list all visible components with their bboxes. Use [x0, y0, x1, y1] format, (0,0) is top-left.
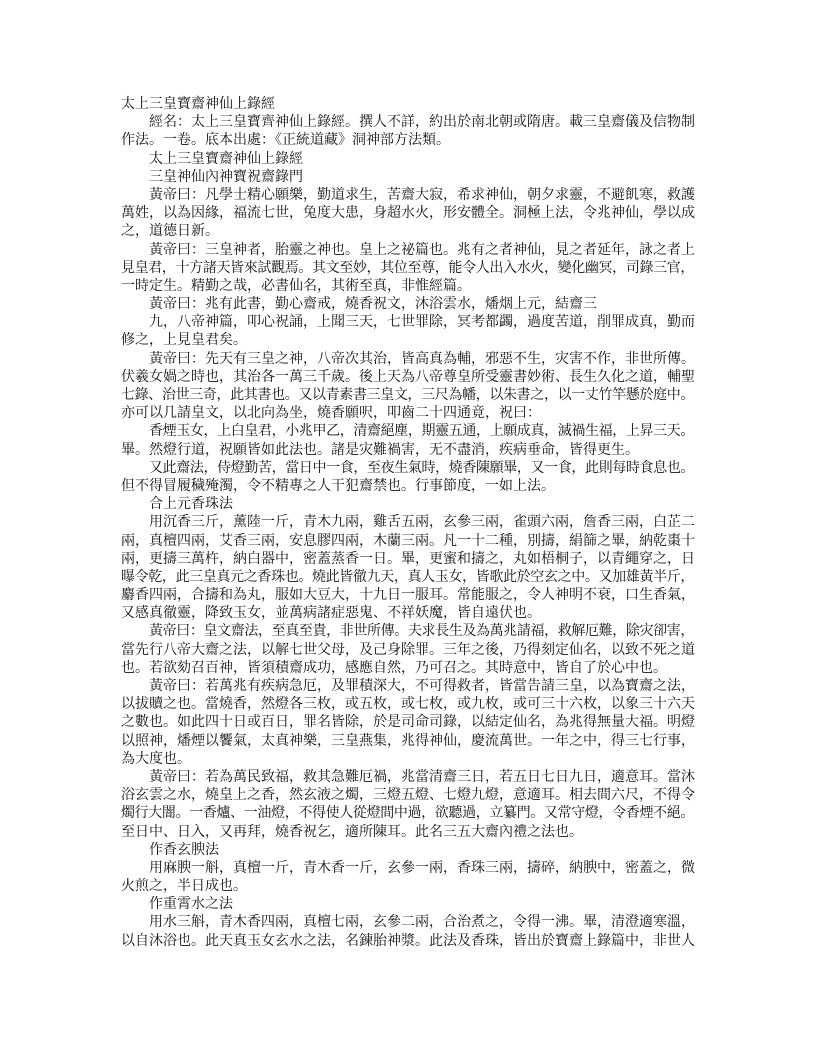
- section-xuanyu-fa: 作香玄腴法 用麻腴一斛，真檀一斤，青木香一斤，玄參一兩，香珠三兩，擣碎，納腴中，…: [121, 841, 694, 896]
- text-line: 曝令乾，此三皇真元之香珠也。燒此皆徹九天，真人玉女，皆歌此於空玄之中。又加雄黃半…: [121, 568, 694, 586]
- text-line: 以拔贖之也。當燒香，然燈各三枚，或五枚，或七枚，或九枚，或可三十六枚，以象三十六…: [121, 695, 694, 713]
- paragraph: 用麻腴一斛，真檀一斤，青木香一斤，玄參一兩，香珠三兩，擣碎，納腴中，密蓋之，微 …: [121, 859, 694, 895]
- text-line: 黃帝曰：凡學士精心願樂，勤道求生，苦齋大寂，希求神仙，朝夕求靈，不避飢寒，救護: [121, 186, 694, 204]
- text-line: 一時定生。精勤之哉，必書仙名，其術至真，非惟經篇。: [121, 277, 694, 295]
- text-line: 經名：太上三皇寶齊神仙上錄經。撰人不詳，約出於南北朝或隋唐。載三皇齋儀及信物制: [121, 113, 694, 131]
- scripture-heading: 太上三皇寶齋神仙上錄經: [121, 150, 694, 168]
- paragraph: 用水三斛，青木香四兩，真檀七兩，玄參二兩，合治煮之，令得一沸。畢，清澄適寒溫， …: [121, 913, 694, 949]
- text-line: 當先行八帝大齋之法，以解七世父母，及己身除罪。三年之後，乃得刻定仙名，以致不死之…: [121, 641, 694, 659]
- text-line: 黃帝曰：皇文齋法，至真至貴，非世所傳。夫求長生及為萬兆請福，救解厄難，除灾卻害，: [121, 622, 694, 640]
- paragraph: 黃帝曰：若為萬民致福，救其急難厄禍，兆當清齋三日，若五日七日九日，適意耳。當沐 …: [121, 768, 694, 841]
- text-line: 也。若欲劾召百神，皆須積齋成功，感應自然，乃可召之。其時意中，皆自了於心中也。: [121, 659, 694, 677]
- text-line: 畢。然燈行道，祝願皆如此法也。諸是灾難禍害，无不盡消，疾病垂命，皆得更生。: [121, 441, 694, 459]
- paragraph: 黃帝曰：先天有三皇之神，八帝次其治，皆高真為輔，邪惡不生，灾害不作，非世所傳。 …: [121, 350, 694, 423]
- text-line: 萬姓，以為因緣，福流七世，兔度大患，身超水火，形安體全。洞極上法，令兆神仙，學以…: [121, 204, 694, 222]
- paragraph: 黃帝曰：皇文齋法，至真至貴，非世所傳。夫求長生及為萬兆請福，救解厄難，除灾卻害，…: [121, 622, 694, 677]
- section-heading: 合上元香珠法: [121, 495, 694, 513]
- text-line: 以自沐浴也。此天真玉女玄水之法，名鍊胎神漿。此法及香珠，皆出於寶齋上錄篇中，非世…: [121, 932, 694, 950]
- paragraph: 又此齋法，侍燈勤苦，當日中一食，至夜生氣時，燒香陳願畢，又一食，此則每時食息也。…: [121, 459, 694, 495]
- text-line: 黃帝曰：兆有此書，勤心齋戒，燒香祝文，沐浴雲水，燔烟上元，結齋三: [121, 295, 694, 313]
- text-line: 用水三斛，青木香四兩，真檀七兩，玄參二兩，合治煮之，令得一沸。畢，清澄適寒溫，: [121, 913, 694, 931]
- text-line: 但不得冒履穢殗濁，令不精專之人干犯齋禁也。行事節度，一如上法。: [121, 477, 694, 495]
- text-line: 九，八帝神篇，叩心祝誦，上聞三天，七世罪除，冥考都蠲，過度苦道，削罪成真，勤而: [121, 313, 694, 331]
- text-line: 又此齋法，侍燈勤苦，當日中一食，至夜生氣時，燒香陳願畢，又一食，此則每時食息也。: [121, 459, 694, 477]
- text-line: 黃帝曰：若萬兆有疾病急厄，及罪積深大，不可得救者，皆當告請三皇，以為寶齋之法，: [121, 677, 694, 695]
- source-note: 經名：太上三皇寶齊神仙上錄經。撰人不詳，約出於南北朝或隋唐。載三皇齋儀及信物制 …: [121, 113, 694, 149]
- text-line: 黃帝曰：先天有三皇之神，八帝次其治，皆高真為輔，邪惡不生，灾害不作，非世所傳。: [121, 350, 694, 368]
- text-line: 燭行大闇。一香爐、一油燈，不得使人從燈間中過，欲聽過，立纂門。又常守燈，令香煙不…: [121, 804, 694, 822]
- paragraph: 黃帝曰：兆有此書，勤心齋戒，燒香祝文，沐浴雲水，燔烟上元，結齋三: [121, 295, 694, 313]
- text-line: 亦可以几請皇文，以北向為坐，燒香願呎，叩齒二十四通竟，祝曰：: [121, 404, 694, 422]
- text-line: 修之，上見皇君矣。: [121, 331, 694, 349]
- paragraph: 黃帝曰：凡學士精心願樂，勤道求生，苦齋大寂，希求神仙，朝夕求靈，不避飢寒，救護 …: [121, 186, 694, 241]
- section-heading: 作重霄水之法: [121, 895, 694, 913]
- text-line: 作法。一卷。底本出處：《正統道藏》洞神部方法類。: [121, 131, 694, 149]
- text-line: 麝香四兩，合擣和為丸，服如大豆大，十九日一服耳。常能服之，令人神明不衰，口生香氣…: [121, 586, 694, 604]
- paragraph: 黃帝曰：三皇神者，胎靈之神也。皇上之祕篇也。兆有之者神仙，見之者延年，詠之者上 …: [121, 241, 694, 296]
- text-line: 七錄、治世三奇，此其書也。又以青素書三皇文，三尺為幡，以朱書之，以一丈竹竿懸於庭…: [121, 386, 694, 404]
- section-heading: 三皇神仙內神寶祝齋錄門: [121, 168, 694, 186]
- text-line: 為大度也。: [121, 750, 694, 768]
- text-line: 黃帝曰：若為萬民致福，救其急難厄禍，兆當清齋三日，若五日七日九日，適意耳。當沐: [121, 768, 694, 786]
- section-heading: 作香玄腴法: [121, 841, 694, 859]
- document-title: 太上三皇寶齋神仙上錄經: [121, 95, 694, 113]
- section-xiangzhu-fa: 合上元香珠法 用沉香三斤，薰陸一斤，青木九兩，雞舌五兩，玄參三兩，雀頭六兩，詹香…: [121, 495, 694, 841]
- text-line: 伏羲女媧之時也，其治各一萬三千歲。後上天為八帝尊皇所受靈書妙術、長生久化之道，輔…: [121, 368, 694, 386]
- text-line: 兩，真檀四兩，艾香三兩，安息膠四兩，木蘭三兩。凡一十二種，別擣，絹篩之畢，納乾棗…: [121, 532, 694, 550]
- paragraph: 黃帝曰：若萬兆有疾病急厄，及罪積深大，不可得救者，皆當告請三皇，以為寶齋之法， …: [121, 677, 694, 768]
- text-line: 香煙玉女，上白皇君，小兆甲乙，清齋絕塵，期靈五通，上願成真，滅禍生福，上昇三天。: [121, 422, 694, 440]
- text-line: 用麻腴一斛，真檀一斤，青木香一斤，玄參一兩，香珠三兩，擣碎，納腴中，密蓋之，微: [121, 859, 694, 877]
- document-page: 太上三皇寶齋神仙上錄經 經名：太上三皇寶齊神仙上錄經。撰人不詳，約出於南北朝或隋…: [121, 95, 694, 950]
- text-line: 之數也。如此四十日或百日，罪名皆除，於是司命司錄，以結定仙名，為兆得無量大福。明…: [121, 713, 694, 731]
- text-line: 以照神，燔煙以饗氣，太真神樂，三皇燕集，兆得神仙，慶流萬世。一年之中，得三七行事…: [121, 732, 694, 750]
- paragraph: 九，八帝神篇，叩心祝誦，上聞三天，七世罪除，冥考都蠲，過度苦道，削罪成真，勤而 …: [121, 313, 694, 349]
- text-line: 浴玄雲之水，燒皇上之香，然玄液之燭，三燈五燈、七燈九燈，意適耳。相去間六尺，不得…: [121, 786, 694, 804]
- text-line: 又感真徹靈，降致玉女，並萬病諸症惡鬼、不祥妖魔，皆自遠伏也。: [121, 604, 694, 622]
- text-line: 火煎之，半日成也。: [121, 877, 694, 895]
- paragraph: 香煙玉女，上白皇君，小兆甲乙，清齋絕塵，期靈五通，上願成真，滅禍生福，上昇三天。…: [121, 422, 694, 458]
- text-line: 之，道德日新。: [121, 222, 694, 240]
- text-line: 至日中、日入，又再拜，燒香祝乞，適所陳耳。此名三五大齋內禮之法也。: [121, 823, 694, 841]
- paragraph: 用沉香三斤，薰陸一斤，青木九兩，雞舌五兩，玄參三兩，雀頭六兩，詹香三兩，白芷二 …: [121, 513, 694, 622]
- text-line: 黃帝曰：三皇神者，胎靈之神也。皇上之祕篇也。兆有之者神仙，見之者延年，詠之者上: [121, 241, 694, 259]
- text-line: 用沉香三斤，薰陸一斤，青木九兩，雞舌五兩，玄參三兩，雀頭六兩，詹香三兩，白芷二: [121, 513, 694, 531]
- text-line: 兩，更擣三萬杵，納白器中，密蓋蒸香一日。畢，更蜜和擣之，丸如梧桐子，以青繩穿之，…: [121, 550, 694, 568]
- text-line: 見皇君，十方諸天皆來試觀焉。其文至妙，其位至尊，能令人出入水火，變化幽冥，司錄三…: [121, 259, 694, 277]
- section-sanhuang-shenxian: 三皇神仙內神寶祝齋錄門 黃帝曰：凡學士精心願樂，勤道求生，苦齋大寂，希求神仙，朝…: [121, 168, 694, 495]
- section-chongxiao-shui-fa: 作重霄水之法 用水三斛，青木香四兩，真檀七兩，玄參二兩，合治煮之，令得一沸。畢，…: [121, 895, 694, 950]
